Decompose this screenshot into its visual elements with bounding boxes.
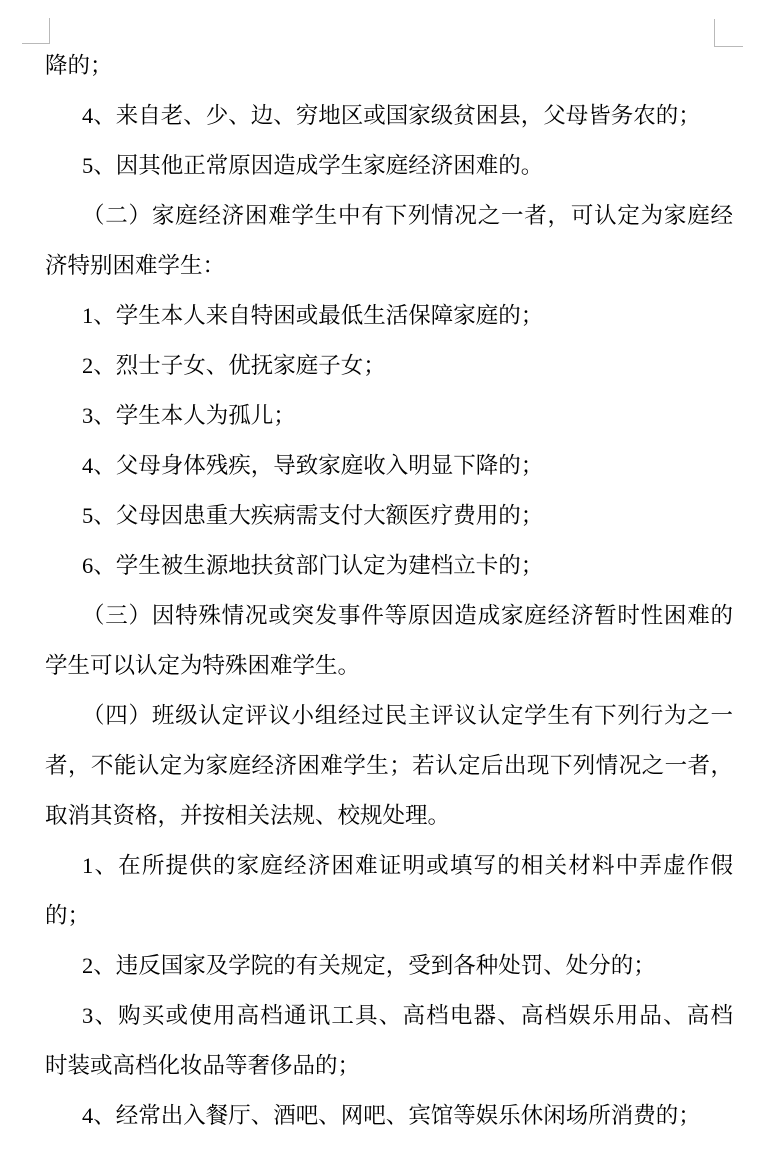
document-line: （四）班级认定评议小组经过民主评议认定学生有下列行为之一 — [45, 691, 733, 741]
document-line: 4、经常出入餐厅、酒吧、网吧、宾馆等娱乐休闲场所消费的； — [45, 1091, 733, 1141]
document-line: 1、在所提供的家庭经济困难证明或填写的相关材料中弄虚作假 — [45, 841, 733, 891]
document-line: 3、学生本人为孤儿； — [45, 391, 733, 441]
document-line: 济特别困难学生： — [45, 241, 733, 291]
document-line: （三）因特殊情况或突发事件等原因造成家庭经济暂时性困难的 — [45, 591, 733, 641]
document-line: 的； — [45, 891, 733, 941]
document-line: 学生可以认定为特殊困难学生。 — [45, 641, 733, 691]
document-line: 者，不能认定为家庭经济困难学生；若认定后出现下列情况之一者， — [45, 741, 733, 791]
document-line: 取消其资格，并按相关法规、校规处理。 — [45, 791, 733, 841]
document-line: 3、购买或使用高档通讯工具、高档电器、高档娱乐用品、高档 — [45, 991, 733, 1041]
document-body: 降的；4、来自老、少、边、穷地区或国家级贫困县，父母皆务农的；5、因其他正常原因… — [45, 41, 733, 1141]
document-page: 降的；4、来自老、少、边、穷地区或国家级贫困县，父母皆务农的；5、因其他正常原因… — [0, 0, 761, 1159]
document-line: 2、烈士子女、优抚家庭子女； — [45, 341, 733, 391]
document-line: 4、来自老、少、边、穷地区或国家级贫困县，父母皆务农的； — [45, 91, 733, 141]
document-line: 6、学生被生源地扶贫部门认定为建档立卡的； — [45, 541, 733, 591]
document-line: 1、学生本人来自特困或最低生活保障家庭的； — [45, 291, 733, 341]
document-line: 2、违反国家及学院的有关规定，受到各种处罚、处分的； — [45, 941, 733, 991]
document-line: 时装或高档化妆品等奢侈品的； — [45, 1041, 733, 1091]
document-line: 5、因其他正常原因造成学生家庭经济困难的。 — [45, 141, 733, 191]
document-line: 4、父母身体残疾，导致家庭收入明显下降的； — [45, 441, 733, 491]
document-line: （二）家庭经济困难学生中有下列情况之一者，可认定为家庭经 — [45, 191, 733, 241]
document-line: 5、父母因患重大疾病需支付大额医疗费用的； — [45, 491, 733, 541]
document-line: 降的； — [45, 41, 733, 91]
